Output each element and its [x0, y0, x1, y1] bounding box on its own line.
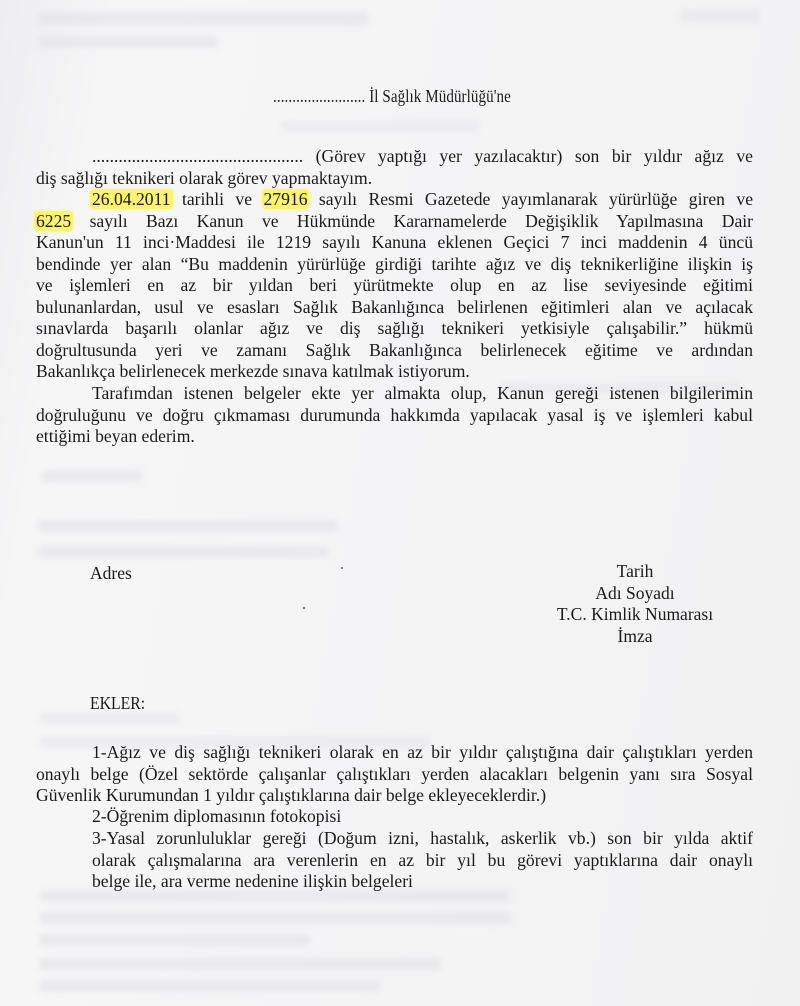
text-line: bendinde yer alan “Bu maddenin yürürlüğe… — [36, 254, 753, 276]
attachment-item-3: 3-Yasal zorunluluklar gereği (Doğum izni… — [92, 828, 753, 893]
text-line: onaylı belge (Özel sektörde çalışanlar ç… — [36, 764, 753, 786]
text-fragment: sayılı Resmi Gazetede yayımlanarak yürür… — [307, 189, 753, 209]
text-line: olarak çalışmalarına ara verenlerin en a… — [92, 850, 753, 872]
recipient-heading: ........................ İl Sağlık Müdür… — [273, 86, 511, 107]
bleed-through-shadow — [40, 934, 310, 946]
text-line: ve işlemleri en az bir yıldan beri yürüt… — [36, 275, 753, 297]
bleed-through-shadow — [38, 12, 368, 26]
highlighted-law-number: 6225 — [34, 211, 73, 231]
highlighted-date: 26.04.2011 — [90, 189, 173, 209]
attachment-item-2: 2-Öğrenim diplomasının fotokopisi — [92, 806, 753, 828]
scan-speck — [303, 607, 305, 609]
scan-speck — [341, 567, 343, 569]
bleed-through-shadow — [40, 912, 510, 924]
text-line: 3-Yasal zorunluluklar gereği (Doğum izni… — [92, 828, 753, 850]
text-line: Güvenlik Kurumundan 1 yıldır çalıştıklar… — [36, 785, 753, 807]
text-line: ........................................… — [36, 146, 753, 168]
text-line: doğrultusunda yeri ve zamanı Sağlık Baka… — [36, 340, 753, 362]
bleed-through-shadow — [280, 120, 480, 132]
text-line: 26.04.2011 tarihli ve 27916 sayılı Resmi… — [36, 189, 753, 211]
attachment-item-1: 1-Ağız ve diş sağlığı teknikeri olarak e… — [36, 742, 753, 807]
bleed-through-shadow — [40, 980, 380, 992]
paragraph-declaration: Tarafımdan istenen belgeler ekte yer alm… — [36, 383, 753, 448]
bleed-through-shadow — [680, 10, 760, 22]
address-label: Adres — [90, 563, 132, 584]
text-line: diş sağlığı teknikeri olarak görev yapma… — [36, 168, 753, 190]
paragraph-legal-basis: 26.04.2011 tarihli ve 27916 sayılı Resmi… — [36, 189, 753, 383]
text-line: Kanun'un 11 inci·Maddesi ile 1219 sayılı… — [36, 232, 753, 254]
text-line: 6225 sayılı Bazı Kanun ve Hükmünde Karar… — [36, 211, 753, 233]
signature-field-label: İmza — [520, 626, 750, 648]
paragraph-intro: ........................................… — [36, 146, 753, 189]
text-line: 1-Ağız ve diş sağlığı teknikeri olarak e… — [36, 742, 753, 764]
text-fragment: sayılı Bazı Kanun ve Hükmünde Kararnamel… — [71, 211, 753, 231]
text-line: belge ile, ara verme nedenine ilişkin be… — [92, 871, 753, 893]
bleed-through-shadow — [40, 958, 440, 970]
text-line: doğruluğunu ve doğru çıkmaması durumunda… — [36, 405, 753, 427]
name-surname-field-label: Adı Soyadı — [520, 583, 750, 605]
highlighted-gazette-number: 27916 — [262, 189, 310, 209]
bleed-through-shadow — [38, 546, 328, 558]
text-line: 2-Öğrenim diplomasının fotokopisi — [92, 806, 753, 828]
text-line: Tarafımdan istenen belgeler ekte yer alm… — [36, 383, 753, 405]
text-line: ettiğimi beyan ederim. — [36, 426, 753, 448]
national-id-field-label: T.C. Kimlik Numarası — [520, 604, 750, 626]
scanned-page: ........................ İl Sağlık Müdür… — [0, 0, 800, 1006]
bleed-through-shadow — [38, 520, 338, 532]
text-line: Bakanlıkça belirlenecek merkezde sınava … — [36, 361, 753, 383]
text-line: sınavlarda başarılı olanlar ağız ve diş … — [36, 318, 753, 340]
date-field-label: Tarih — [520, 561, 750, 583]
text-line: bulunanlardan, usul ve esasları Sağlık B… — [36, 297, 753, 319]
text-fragment: tarihli ve — [171, 189, 264, 209]
signature-block: Tarih Adı Soyadı T.C. Kimlik Numarası İm… — [520, 561, 750, 647]
bleed-through-shadow — [42, 470, 142, 482]
attachments-title: EKLER: — [90, 693, 145, 714]
bleed-through-shadow — [38, 36, 218, 48]
